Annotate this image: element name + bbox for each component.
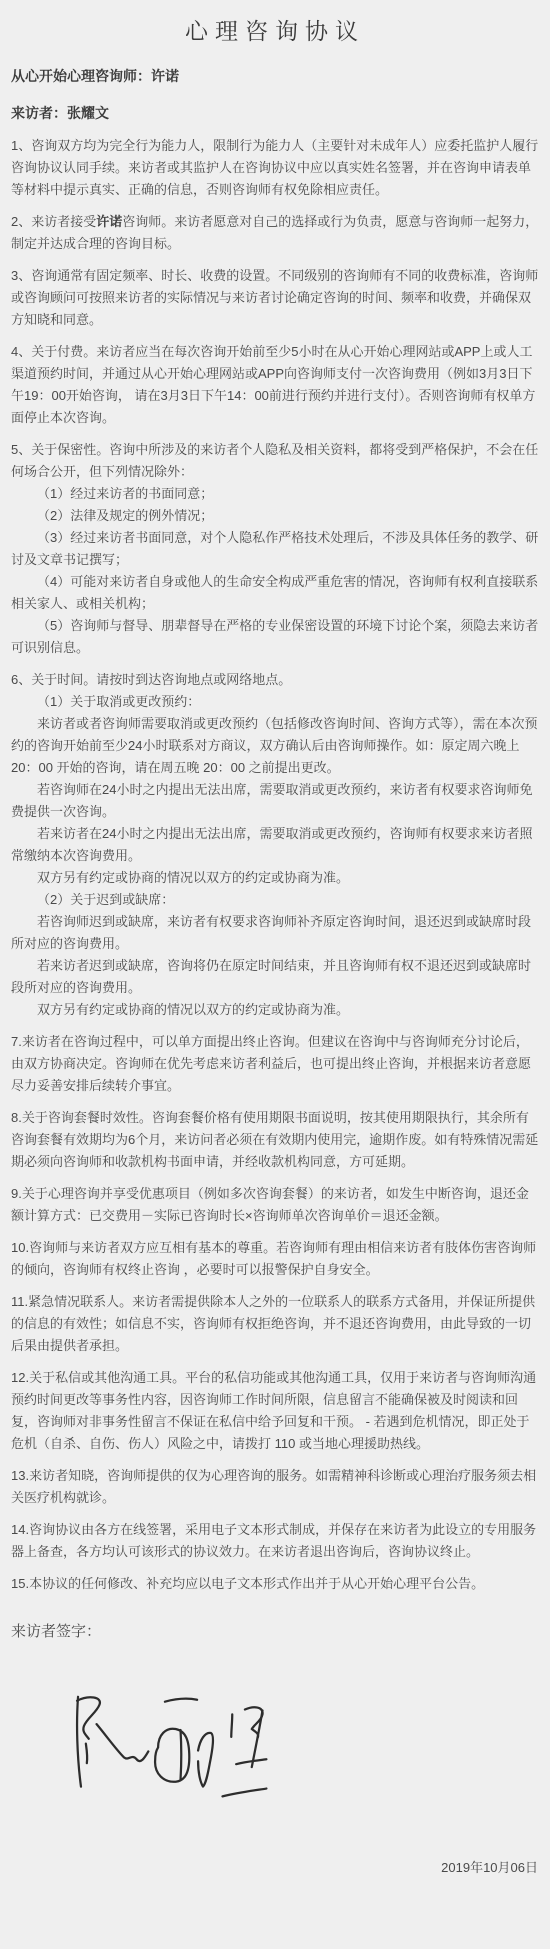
clause-11: 11.紧急情况联系人。来访者需提供除本人之外的一位联系人的联系方式备用，并保证所…: [11, 1291, 539, 1357]
clause-6-item-8: 若来访者迟到或缺席，咨询将仍在原定时间结束，并且咨询师有权不退还迟到或缺席时段所…: [11, 955, 539, 999]
agreement-document: 心理咨询协议 从心开始心理咨询师：许诺 来访者：张耀文 1、咨询双方均为完全行为…: [0, 0, 550, 1949]
clause-6-item-1: （1）关于取消或更改预约：: [11, 691, 539, 713]
clause-5-item-2: （2）法律及规定的例外情况；: [11, 505, 539, 527]
clause-6: 6、关于时间。请按时到达咨询地点或网络地点。: [11, 669, 539, 691]
visitor-signature-handwriting: [51, 1689, 271, 1811]
clause-7: 7.来访者在咨询过程中，可以单方面提出终止咨询。但建议在咨询中与咨询师充分讨论后…: [11, 1031, 539, 1097]
clause-2-pre: 2、来访者接受: [11, 214, 96, 229]
clause-6-item-2: 来访者或者咨询师需要取消或更改预约（包括修改咨询时间、咨询方式等），需在本次预约…: [11, 713, 539, 779]
clause-9: 9.关于心理咨询并享受优惠项目（例如多次咨询套餐）的来访者，如发生中断咨询，退还…: [11, 1183, 539, 1227]
clause-6-item-9: 双方另有约定或协商的情况以双方的约定或协商为准。: [11, 999, 539, 1021]
visitor-signature-area: [51, 1689, 539, 1811]
clause-15: 15.本协议的任何修改、补充均应以电子文本形式作出并于从心开始心理平台公告。: [11, 1573, 539, 1595]
counselor-line: 从心开始心理咨询师：许诺: [11, 64, 539, 88]
clause-8: 8.关于咨询套餐时效性。咨询套餐价格有使用期限书面说明，按其使用期限执行，其余所…: [11, 1107, 539, 1173]
clause-6-item-6: （2）关于迟到或缺席：: [11, 889, 539, 911]
signature-label: 来访者签字：: [11, 1621, 539, 1643]
clause-5: 5、关于保密性。咨询中所涉及的来访者个人隐私及相关资料，都将受到严格保护，不会在…: [11, 439, 539, 483]
clause-12: 12.关于私信或其他沟通工具。平台的私信功能或其他沟通工具，仅用于来访者与咨询师…: [11, 1367, 539, 1455]
clause-14: 14.咨询协议由各方在线签署，采用电子文本形式制成，并保存在来访者为此设立的专用…: [11, 1519, 539, 1563]
clause-2: 2、来访者接受许诺咨询师。来访者愿意对自己的选择或行为负责，愿意与咨询师一起努力…: [11, 211, 539, 255]
clause-13: 13.来访者知晓，咨询师提供的仅为心理咨询的服务。如需精神科诊断或心理治疗服务须…: [11, 1465, 539, 1509]
clause-6-item-3: 若咨询师在24小时之内提出无法出席，需要取消或更改预约，来访者有权要求咨询师免费…: [11, 779, 539, 823]
page-title: 心理咨询协议: [11, 14, 539, 48]
clause-3: 3、咨询通常有固定频率、时长、收费的设置。不同级别的咨询师有不同的收费标准，咨询…: [11, 265, 539, 331]
clause-4: 4、关于付费。来访者应当在每次咨询开始前至少5小时在从心开始心理网站或APP上或…: [11, 341, 539, 429]
clause-5-item-1: （1）经过来访者的书面同意；: [11, 483, 539, 505]
clause-6-item-4: 若来访者在24小时之内提出无法出席，需要取消或更改预约，咨询师有权要求来访者照常…: [11, 823, 539, 867]
clause-6-item-7: 若咨询师迟到或缺席，来访者有权要求咨询师补齐原定咨询时间，退还迟到或缺席时段所对…: [11, 911, 539, 955]
clause-1: 1、咨询双方均为完全行为能力人，限制行为能力人（主要针对未成年人）应委托监护人履…: [11, 135, 539, 201]
counselor-name-bold: 许诺: [96, 214, 122, 229]
visitor-line: 来访者：张耀文: [11, 101, 539, 125]
clause-5-item-5: （5）咨询师与督导、朋辈督导在严格的专业保密设置的环境下讨论个案，须隐去来访者可…: [11, 615, 539, 659]
signature-date: 2019年10月06日: [11, 1857, 538, 1879]
clause-6-item-5: 双方另有约定或协商的情况以双方的约定或协商为准。: [11, 867, 539, 889]
clause-5-item-3: （3）经过来访者书面同意，对个人隐私作严格技术处理后，不涉及具体任务的教学、研讨…: [11, 527, 539, 571]
clause-5-item-4: （4）可能对来访者自身或他人的生命安全构成严重危害的情况，咨询师有权利直接联系相…: [11, 571, 539, 615]
clause-10: 10.咨询师与来访者双方应互相有基本的尊重。若咨询师有理由相信来访者有肢体伤害咨…: [11, 1237, 539, 1281]
